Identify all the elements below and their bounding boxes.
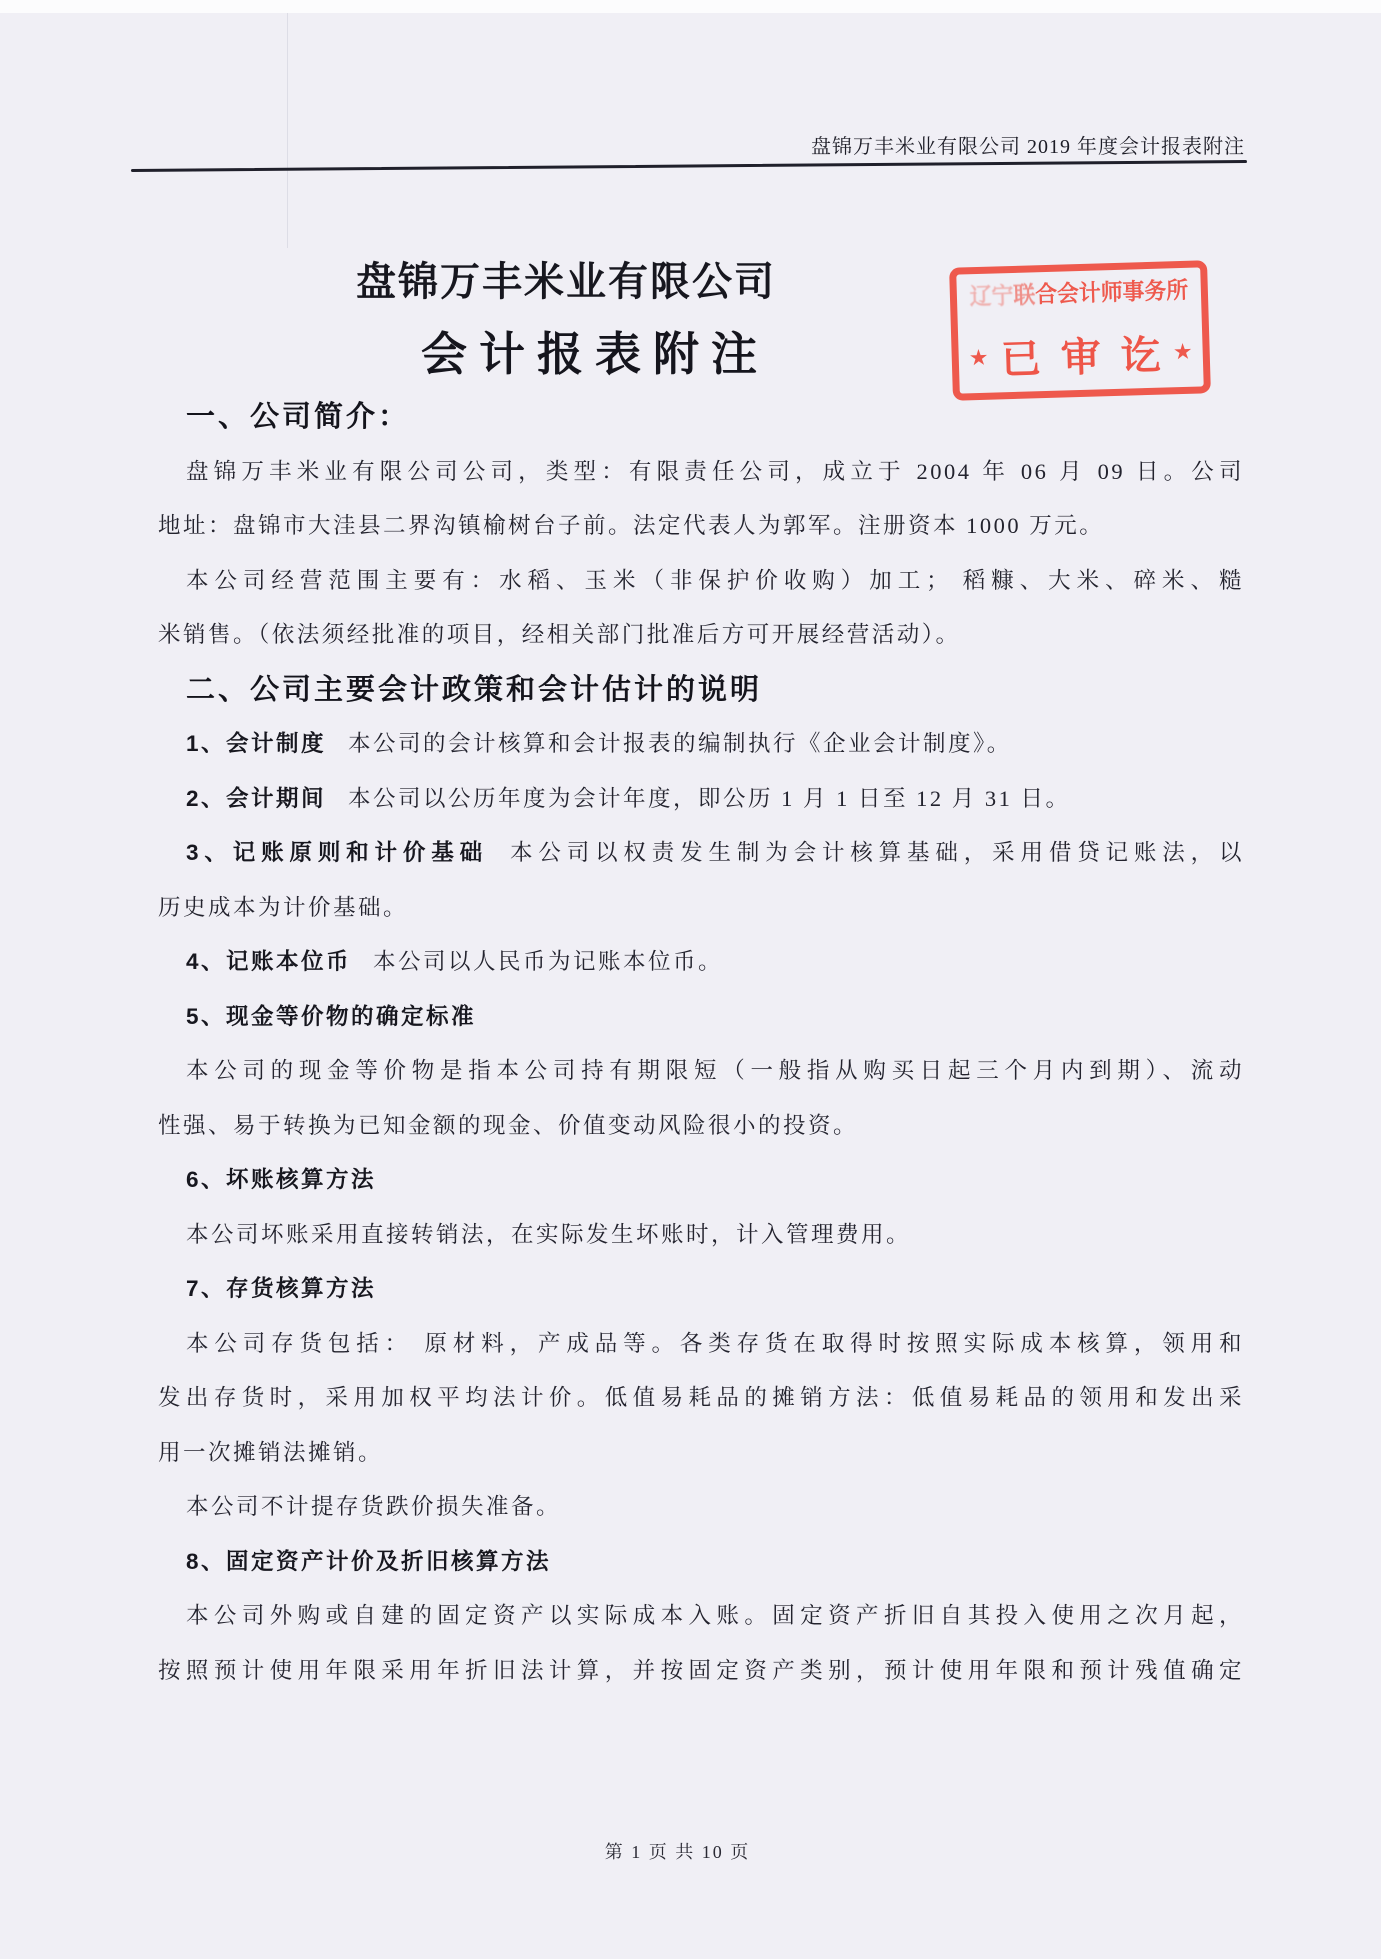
running-header: 盘锦万丰米业有限公司 2019 年度会计报表附注 xyxy=(811,130,1245,159)
star-icon: ★ xyxy=(1173,338,1193,365)
line-text: 一、公司简介： xyxy=(186,401,410,433)
line-text: 本公司的现金等价物是指本公司持有期限短（一般指从购买日起三个月内到期）、流动 xyxy=(186,1058,1244,1083)
line-text: 发出存货时，采用加权平均法计价。低值易耗品的摊销方法：低值易耗品的领用和发出采 xyxy=(158,1385,1244,1410)
body-line: 本公司经营范围主要有：水稻、玉米（非保护价收购）加工； 稻糠、大米、碎米、糙 xyxy=(158,554,1244,609)
stamp-org-faded: 辽宁 xyxy=(969,283,1013,309)
stamp-mark-row: ★ 已审讫 ★ xyxy=(963,323,1199,387)
body-line: 发出存货时，采用加权平均法计价。低值易耗品的摊销方法：低值易耗品的领用和发出采 xyxy=(158,1371,1244,1426)
line-text: 地址：盘锦市大洼县二界沟镇榆树台子前。法定代表人为郭军。注册资本 1000 万元… xyxy=(158,513,1104,538)
line-text: 本公司经营范围主要有：水稻、玉米（非保护价收购）加工； 稻糠、大米、碎米、糙 xyxy=(186,568,1244,593)
line-text: 米销售。（依法须经批准的项目，经相关部门批准后方可开展经营活动）。 xyxy=(158,622,961,647)
stamp-org-semi: 联 xyxy=(1013,282,1036,308)
line-text: 性强、易于转换为已知金额的现金、价值变动风险很小的投资。 xyxy=(158,1113,858,1138)
line-text: 本公司存货包括： 原材料，产成品等。各类存货在取得时按照实际成本核算，领用和 xyxy=(186,1331,1244,1356)
item-label: 3、记账原则和计价基础 xyxy=(186,840,488,865)
item-label: 4、记账本位币 xyxy=(186,949,351,974)
body-line: 1、会计制度本公司的会计核算和会计报表的编制执行《企业会计制度》。 xyxy=(158,717,1244,772)
line-text: 盘锦万丰米业有限公司公司，类型：有限责任公司，成立于 2004 年 06 月 0… xyxy=(186,459,1244,484)
body-line: 8、固定资产计价及折旧核算方法 xyxy=(158,1535,1244,1590)
body-line: 本公司不计提存货跌价损失准备。 xyxy=(158,1480,1244,1535)
stamp-org-clear: 合会计师事务所 xyxy=(1035,278,1189,308)
page-number: 第 1 页 共 10 页 xyxy=(0,1838,1355,1864)
line-text: 本公司外购或自建的固定资产以实际成本入账。固定资产折旧自其投入使用之次月起， xyxy=(186,1603,1244,1628)
line-text: 本公司的会计核算和会计报表的编制执行《企业会计制度》。 xyxy=(348,731,1012,756)
line-text: 本公司以公历年度为会计年度，即公历 1 月 1 日至 12 月 31 日。 xyxy=(348,786,1071,811)
header-rule xyxy=(131,160,1247,172)
body-line: 3、记账原则和计价基础本公司以权责发生制为会计核算基础，采用借贷记账法，以 xyxy=(158,826,1244,881)
body-line: 本公司的现金等价物是指本公司持有期限短（一般指从购买日起三个月内到期）、流动 xyxy=(158,1044,1244,1099)
body-line: 地址：盘锦市大洼县二界沟镇榆树台子前。法定代表人为郭军。注册资本 1000 万元… xyxy=(158,499,1244,554)
body-line: 盘锦万丰米业有限公司公司，类型：有限责任公司，成立于 2004 年 06 月 0… xyxy=(158,445,1244,500)
body-line: 本公司外购或自建的固定资产以实际成本入账。固定资产折旧自其投入使用之次月起， xyxy=(158,1589,1244,1644)
body-line: 历史成本为计价基础。 xyxy=(158,881,1244,936)
body-line: 按照预计使用年限采用年折旧法计算，并按固定资产类别，预计使用年限和预计残值确定 xyxy=(158,1644,1244,1699)
line-text: 二、公司主要会计政策和会计估计的说明 xyxy=(186,674,762,706)
scan-top-edge xyxy=(0,0,1381,13)
body-line: 用一次摊销法摊销。 xyxy=(158,1426,1244,1481)
page: 盘锦万丰米业有限公司 2019 年度会计报表附注 盘锦万丰米业有限公司 会计报表… xyxy=(0,0,1381,1959)
item-label: 5、现金等价物的确定标准 xyxy=(186,1004,476,1029)
section-heading: 二、公司主要会计政策和会计估计的说明 xyxy=(158,663,1244,718)
body-line: 2、会计期间本公司以公历年度为会计年度，即公历 1 月 1 日至 12 月 31… xyxy=(158,772,1244,827)
line-text: 用一次摊销法摊销。 xyxy=(158,1440,383,1465)
body-line: 6、坏账核算方法 xyxy=(158,1153,1244,1208)
body-line: 5、现金等价物的确定标准 xyxy=(158,990,1244,1045)
body-line: 本公司坏账采用直接转销法，在实际发生坏账时，计入管理费用。 xyxy=(158,1208,1244,1263)
item-label: 7、存货核算方法 xyxy=(186,1276,376,1301)
item-label: 6、坏账核算方法 xyxy=(186,1167,376,1192)
line-text: 本公司不计提存货跌价损失准备。 xyxy=(186,1494,561,1519)
line-text: 历史成本为计价基础。 xyxy=(158,895,408,920)
body-line: 4、记账本位币本公司以人民币为记账本位币。 xyxy=(158,935,1244,990)
item-label: 1、会计制度 xyxy=(186,731,326,756)
body-line: 性强、易于转换为已知金额的现金、价值变动风险很小的投资。 xyxy=(158,1099,1244,1154)
section-heading: 一、公司简介： xyxy=(158,390,1244,445)
body-line: 米销售。（依法须经批准的项目，经相关部门批准后方可开展经营活动）。 xyxy=(158,608,1244,663)
line-text: 本公司坏账采用直接转销法，在实际发生坏账时，计入管理费用。 xyxy=(186,1222,911,1247)
stamp-org-line: 辽宁联合会计师事务所 xyxy=(967,272,1190,312)
body-line: 7、存货核算方法 xyxy=(158,1262,1244,1317)
line-text: 本公司以权责发生制为会计核算基础，采用借贷记账法，以 xyxy=(510,840,1244,865)
body-line: 本公司存货包括： 原材料，产成品等。各类存货在取得时按照实际成本核算，领用和 xyxy=(158,1317,1244,1372)
item-label: 8、固定资产计价及折旧核算方法 xyxy=(186,1549,551,1574)
scan-artifact-line xyxy=(287,13,288,248)
line-text: 按照预计使用年限采用年折旧法计算，并按固定资产类别，预计使用年限和预计残值确定 xyxy=(158,1658,1244,1683)
line-text: 本公司以人民币为记账本位币。 xyxy=(373,949,723,974)
star-icon: ★ xyxy=(968,344,988,371)
stamp-mark: 已审讫 xyxy=(1000,323,1182,385)
audit-stamp: 辽宁联合会计师事务所 ★ 已审讫 ★ xyxy=(949,260,1211,401)
item-label: 2、会计期间 xyxy=(186,786,326,811)
body-lines: 一、公司简介：盘锦万丰米业有限公司公司，类型：有限责任公司，成立于 2004 年… xyxy=(158,390,1244,1698)
